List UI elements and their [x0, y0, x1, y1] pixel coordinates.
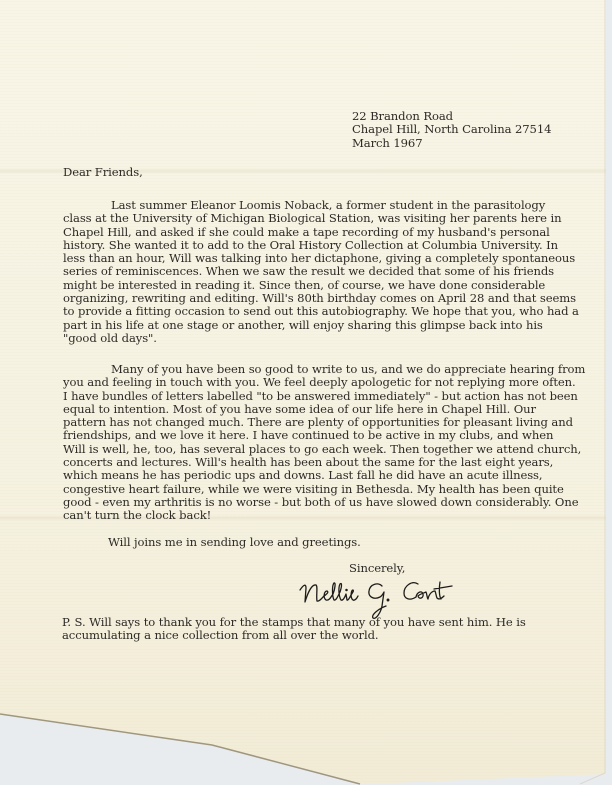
paragraph-line: Last summer Eleanor Loomis Noback, a for… [63, 199, 579, 212]
paragraph-line: history. She wanted it to add to the Ora… [63, 239, 579, 252]
paragraph-line: which means he has periodic ups and down… [63, 469, 585, 482]
valediction: Sincerely, [349, 562, 405, 575]
salutation: Dear Friends, [63, 166, 143, 179]
paragraph-line: you and feeling in touch with you. We fe… [63, 376, 585, 389]
paragraph-line: class at the University of Michigan Biol… [63, 212, 579, 225]
postscript-line: accumulating a nice collection from all … [62, 629, 526, 642]
paragraph-line: friendships, and we love it here. I have… [63, 429, 585, 442]
paragraph-line: congestive heart failure, while we were … [63, 483, 585, 496]
paragraph-1: Last summer Eleanor Loomis Noback, a for… [63, 199, 579, 345]
paragraph-line: "good old days". [63, 332, 579, 345]
paragraph-line: equal to intention. Most of you have som… [63, 403, 585, 416]
paragraph-line: concerts and lectures. Will's health has… [63, 456, 585, 469]
paragraph-line: pattern has not changed much. There are … [63, 416, 585, 429]
paragraph-line: series of reminiscences. When we saw the… [63, 265, 579, 278]
address-street: 22 Brandon Road [352, 110, 551, 123]
paragraph-line: organizing, rewriting and editing. Will'… [63, 292, 579, 305]
paragraph-line: might be interested in reading it. Since… [63, 279, 579, 292]
address-city: Chapel Hill, North Carolina 27514 [352, 123, 551, 136]
paragraph-line: to provide a fitting occasion to send ou… [63, 305, 579, 318]
paragraph-line: can't turn the clock back! [63, 509, 585, 522]
paragraph-2: Many of you have been so good to write t… [63, 363, 585, 523]
paragraph-line: part in his life at one stage or another… [63, 319, 579, 332]
paragraph-line: Chapel Hill, and asked if she could make… [63, 226, 579, 239]
paragraph-line: Many of you have been so good to write t… [63, 363, 585, 376]
paragraph-line: good - even my arthritis is no worse - b… [63, 496, 585, 509]
sender-address: 22 Brandon Road Chapel Hill, North Carol… [352, 110, 551, 150]
postscript-line: P. S. Will says to thank you for the sta… [62, 616, 526, 629]
letter-page: 22 Brandon Road Chapel Hill, North Carol… [0, 0, 606, 785]
paragraph-line: less than an hour, Will was talking into… [63, 252, 579, 265]
postscript: P. S. Will says to thank you for the sta… [62, 616, 526, 643]
paragraph-line: Will is well, he, too, has several place… [63, 443, 585, 456]
closing-line: Will joins me in sending love and greeti… [108, 536, 361, 549]
paragraph-line: I have bundles of letters labelled "to b… [63, 390, 585, 403]
letter-date: March 1967 [352, 137, 551, 150]
